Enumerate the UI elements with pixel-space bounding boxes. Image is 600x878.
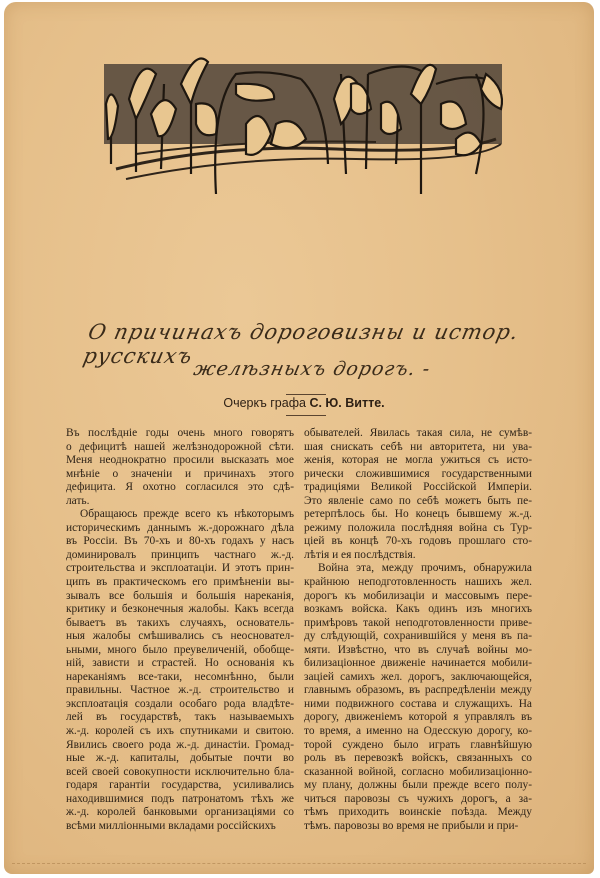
text-line: ципъ въ практическомъ его примѣненіи вы- [66, 576, 294, 590]
text-line: читься паровозы съ чужихъ дорогъ, а за- [304, 793, 532, 807]
text-line: строительства и эксплоатаціи. И этотъ пр… [66, 562, 294, 576]
text-line: ній, зависти и страстей. Но основанія къ [66, 657, 294, 671]
text-line: шая снискать себѣ ни авторитета, ни ува- [304, 441, 532, 455]
text-line: дорогу, движеніемъ которой я управлялъ в… [304, 711, 532, 725]
text-line: заціей самихъ жел. дорогъ, заключающейся… [304, 671, 532, 685]
text-line: главнымъ образомъ, въ распредѣленіи межд… [304, 684, 532, 698]
snowdrop-header-illustration [96, 44, 511, 204]
text-line: му плану, должны были прежде всего полу- [304, 779, 532, 793]
text-line: лать. [66, 495, 294, 509]
text-line: ж.-д. королей съ ихъ спутниками и свитою… [66, 725, 294, 739]
text-line: эксплоатація создали особаго рода владѣт… [66, 698, 294, 712]
article-column-left: Въ послѣдніе годы очень много говорятъо … [66, 427, 294, 833]
text-line: Явились своего рода ж.-д. династіи. Гром… [66, 739, 294, 753]
text-line: ціей въ концѣ 70-хъ годовъ прошлаго сто- [304, 535, 532, 549]
text-line: мяти. Извѣстно, что въ случаѣ войны мо- [304, 644, 532, 658]
byline-prefix: Очеркъ графа [223, 396, 306, 410]
text-line: нареканіямъ все-таки, несомнѣнно, были [66, 671, 294, 685]
text-line: роль въ перевозкѣ войскъ, связанныхъ со [304, 752, 532, 766]
text-line: правильны. Частное ж.-д. строительство и [66, 684, 294, 698]
text-line: тѣмъ приходить воинскіе поѣзда. Между [304, 806, 532, 820]
text-line: всей своей совокупности исключительно бл… [66, 766, 294, 780]
text-line: традиціями Великой Россійской Имперіи. [304, 481, 532, 495]
text-line: историческимъ даннымъ ж.-дорожнаго дѣла [66, 522, 294, 536]
text-line: билизаціонное движеніе начинается мобили… [304, 657, 532, 671]
text-line: дефицита. Я охотно согласился это сдѣ- [66, 481, 294, 495]
text-line: торой суждено было играть главнѣйшую [304, 739, 532, 753]
text-line: находившимися подъ патронатомъ тѣхъ же [66, 793, 294, 807]
text-line: Война эта, между прочимъ, обнаружила [304, 562, 532, 576]
text-line: ж.-д. королей банковыми организаціями со [66, 806, 294, 820]
text-line: Обращаюсь прежде всего къ нѣкоторымъ [66, 508, 294, 522]
text-line: дорогъ къ мобилизаціи и массовымъ пере- [304, 590, 532, 604]
article-column-right: обывателей. Явилась такая сила, не сумѣв… [304, 427, 532, 833]
text-line: примѣровъ такой неподготовленности приве… [304, 617, 532, 631]
text-line: Въ послѣдніе годы очень много говорятъ [66, 427, 294, 441]
text-line: тѣмъ. паровозы во время не прибыли и при… [304, 820, 532, 834]
text-line: ними подвижного состава и служащихъ. На [304, 698, 532, 712]
text-line: Это явленіе само по себѣ можетъ быть пе- [304, 495, 532, 509]
text-line: то время, а именно на Одесскую дорогу, к… [304, 725, 532, 739]
text-line: годаря гарантіи государства, усиливались [66, 779, 294, 793]
title-divider-bottom [286, 415, 326, 416]
text-line: женія, которая не могла ужиться съ исто- [304, 454, 532, 468]
text-line: сказанной войной, согласно мобилизаціонн… [304, 766, 532, 780]
text-line: критику и безконечныя жалобы. Какъ всегд… [66, 603, 294, 617]
text-line: лей въ государствѣ, такъ называемыхъ [66, 711, 294, 725]
text-line: возкамъ войска. Какъ одинъ изъ многихъ [304, 603, 532, 617]
text-line: ныя жалобы смѣшивались съ неосновател- [66, 630, 294, 644]
title-divider-top [286, 394, 326, 395]
article-byline: Очеркъ графа С. Ю. Витте. [4, 396, 600, 410]
text-line: въ Россіи. Въ 70-хъ и 80-хъ годахъ у нас… [66, 535, 294, 549]
newspaper-page: О причинахъ дороговизны и истор. русских… [4, 2, 594, 874]
text-line: Меня неоднократно просили высказать мое [66, 454, 294, 468]
text-line: ные ж.-д. капиталы, добытые почти во [66, 752, 294, 766]
handwritten-title-line-2: желѣзныхъ дорогъ. - [192, 358, 457, 380]
text-line: обывателей. Явилась такая сила, не сумѣв… [304, 427, 532, 441]
byline-author: С. Ю. Витте. [309, 396, 384, 410]
text-line: лѣтія и ея послѣдствія. [304, 549, 532, 563]
text-line: ьными, много было преувеличеній, обобще- [66, 644, 294, 658]
text-line: о дефицитѣ нашей желѣзнодорожной сѣти. [66, 441, 294, 455]
text-line: ретерпѣлось бы. Но конецъ бывшему ж.-д. [304, 508, 532, 522]
text-line: мнѣніе о значеніи и причинахъ этого [66, 468, 294, 482]
text-line: режиму положила послѣдняя война съ Тур- [304, 522, 532, 536]
text-line: крайнюю неподготовленность нашихъ жел. [304, 576, 532, 590]
text-line: доминировалъ принципъ частнаго ж.-д. [66, 549, 294, 563]
text-line: зывалъ все большія и большія нареканія, [66, 590, 294, 604]
text-line: рически сложившимися государственными [304, 468, 532, 482]
text-line: ду слѣдующій, сохранившійся у меня въ па… [304, 630, 532, 644]
torn-page-edge [12, 863, 586, 868]
text-line: бываетъ въ такихъ случаяхъ, основатель- [66, 617, 294, 631]
text-line: всѣми милліонными вкладами россійскихъ [66, 820, 294, 834]
